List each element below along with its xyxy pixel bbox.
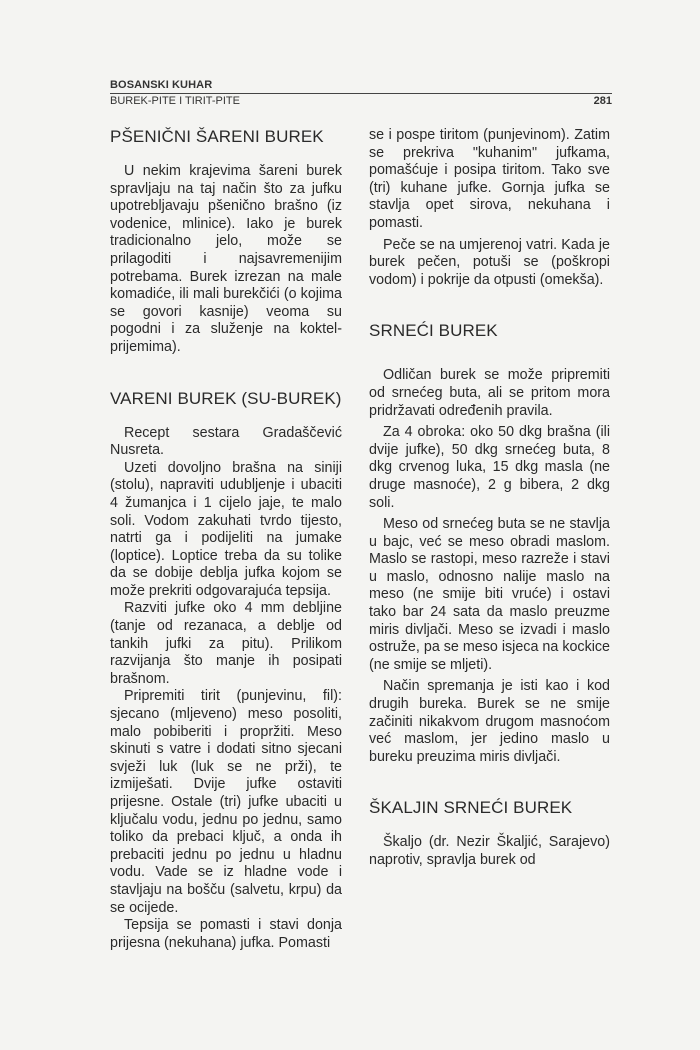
paragraph: U nekim krajevima šareni burek spravljaj… bbox=[110, 163, 342, 357]
section-heading-srneci-burek: SRNEĆI BUREK bbox=[369, 321, 610, 341]
paragraph: Recept sestara Gradaščević Nusreta. bbox=[110, 425, 342, 460]
header-row: BUREK-PITE I TIRIT-PITE 281 bbox=[110, 95, 612, 108]
paragraph: Pripremiti tirit (punjevinu, fil): sjeca… bbox=[110, 688, 342, 917]
paragraph: Peče se na umjerenoj vatri. Kada je bure… bbox=[369, 237, 610, 290]
paragraph: Škaljo (dr. Nezir Škaljić, Sarajevo) nap… bbox=[369, 834, 610, 869]
page-number: 281 bbox=[594, 95, 612, 108]
paragraph: Način spremanja je isti kao i kod drugih… bbox=[369, 678, 610, 766]
paragraph-continuation: se i pospe tiritom (punjevinom). Zatim s… bbox=[369, 127, 610, 233]
section-heading-psenicni-sareni-burek: PŠENIČNI ŠARENI BUREK bbox=[110, 127, 342, 147]
book-title: BOSANSKI KUHAR bbox=[110, 79, 612, 92]
chapter-title: BUREK-PITE I TIRIT-PITE bbox=[110, 95, 240, 108]
left-column: PŠENIČNI ŠARENI BUREK U nekim krajevima … bbox=[110, 127, 342, 952]
paragraph: Meso od srnećeg buta se ne stavlja u baj… bbox=[369, 516, 610, 674]
paragraph: Uzeti dovoljno brašna na siniji (stolu),… bbox=[110, 460, 342, 601]
paragraph: Za 4 obroka: oko 50 dkg brašna (ili dvij… bbox=[369, 424, 610, 512]
header-rule bbox=[110, 93, 612, 94]
paragraph: Razviti jufke oko 4 mm debljine (tanje o… bbox=[110, 600, 342, 688]
paragraph: Tepsija se pomasti i stavi donja prijesn… bbox=[110, 917, 342, 952]
right-column: se i pospe tiritom (punjevinom). Zatim s… bbox=[369, 127, 610, 870]
paragraph: Odličan burek se može pripremiti od srne… bbox=[369, 367, 610, 420]
running-header: BOSANSKI KUHAR BUREK-PITE I TIRIT-PITE 2… bbox=[110, 79, 612, 108]
section-heading-vareni-burek: VARENI BUREK (SU-BUREK) bbox=[110, 389, 342, 409]
section-heading-skaljin-srneci-burek: ŠKALJIN SRNEĆI BUREK bbox=[369, 798, 610, 818]
